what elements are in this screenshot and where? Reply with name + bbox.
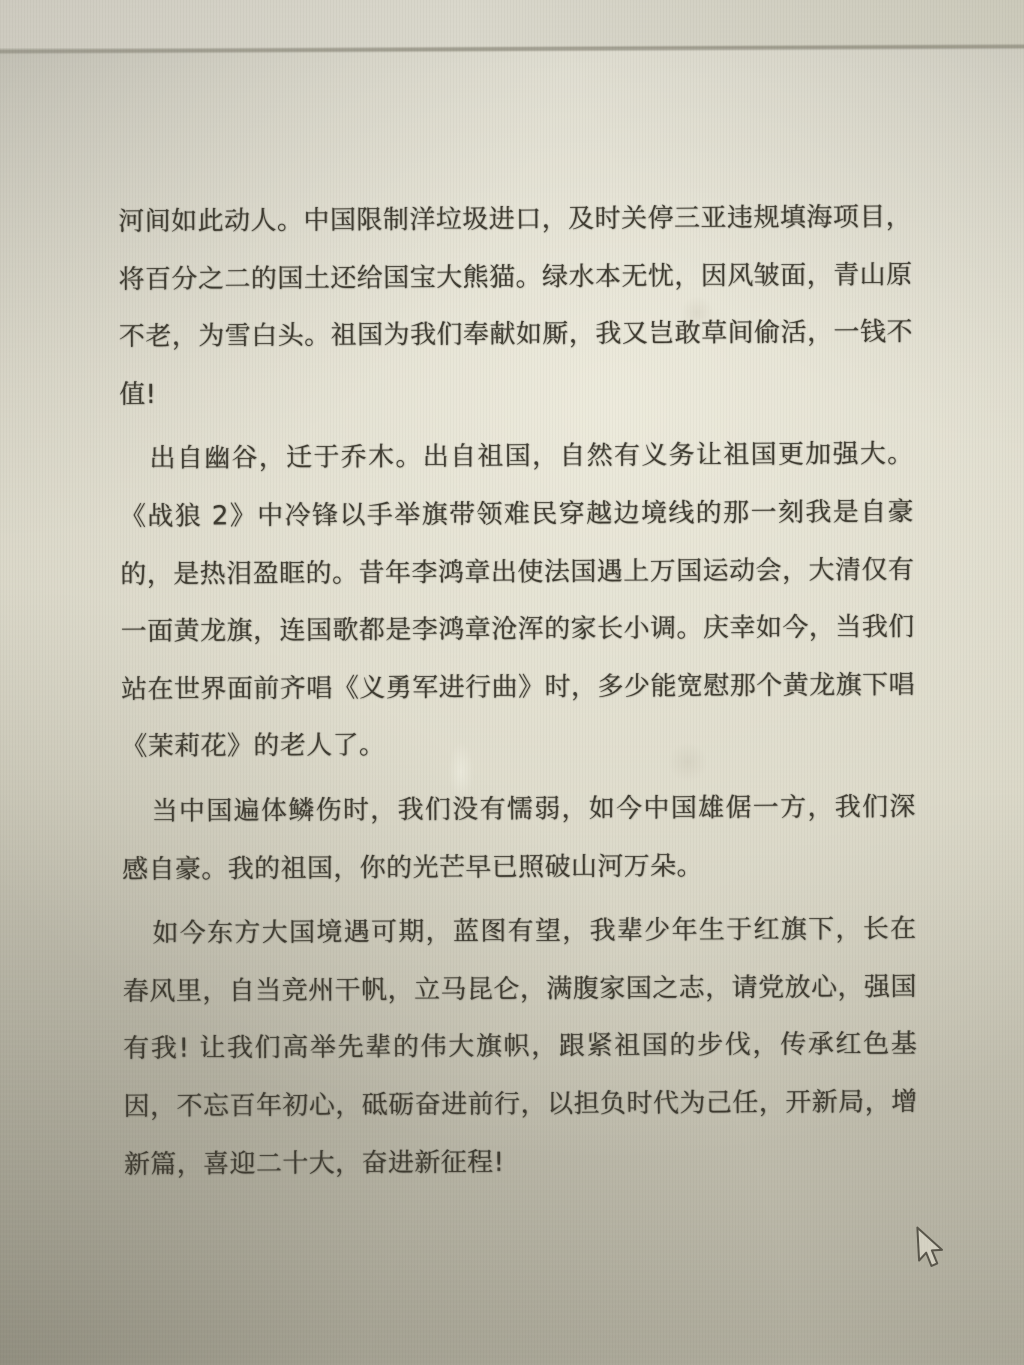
screen-top-reflection-band — [0, 0, 1024, 48]
paragraph: 当中国遍体鳞伤时，我们没有懦弱，如今中国雄倨一方，我们深感自豪。我的祖国，你的光… — [122, 779, 917, 899]
mouse-pointer-icon — [914, 1224, 945, 1273]
screen-photo: 河间如此动人。中国限制洋垃圾进口，及时关停三亚违规填海项目，将百分之二的国土还给… — [0, 0, 1024, 1365]
document-text: 河间如此动人。中国限制洋垃圾进口，及时关停三亚违规填海项目，将百分之二的国土还给… — [118, 189, 918, 1201]
paragraph: 出自幽谷，迁于乔木。出自祖国，自然有义务让祖国更加强大。《战狼 2》中冷锋以手举… — [119, 427, 915, 777]
paragraph: 河间如此动人。中国限制洋垃圾进口，及时关停三亚违规填海项目，将百分之二的国土还给… — [118, 189, 913, 424]
paragraph: 如今东方大国境遇可期，蓝图有望，我辈少年生于红旗下，长在春风里，自当竞州干帆，立… — [122, 901, 918, 1194]
